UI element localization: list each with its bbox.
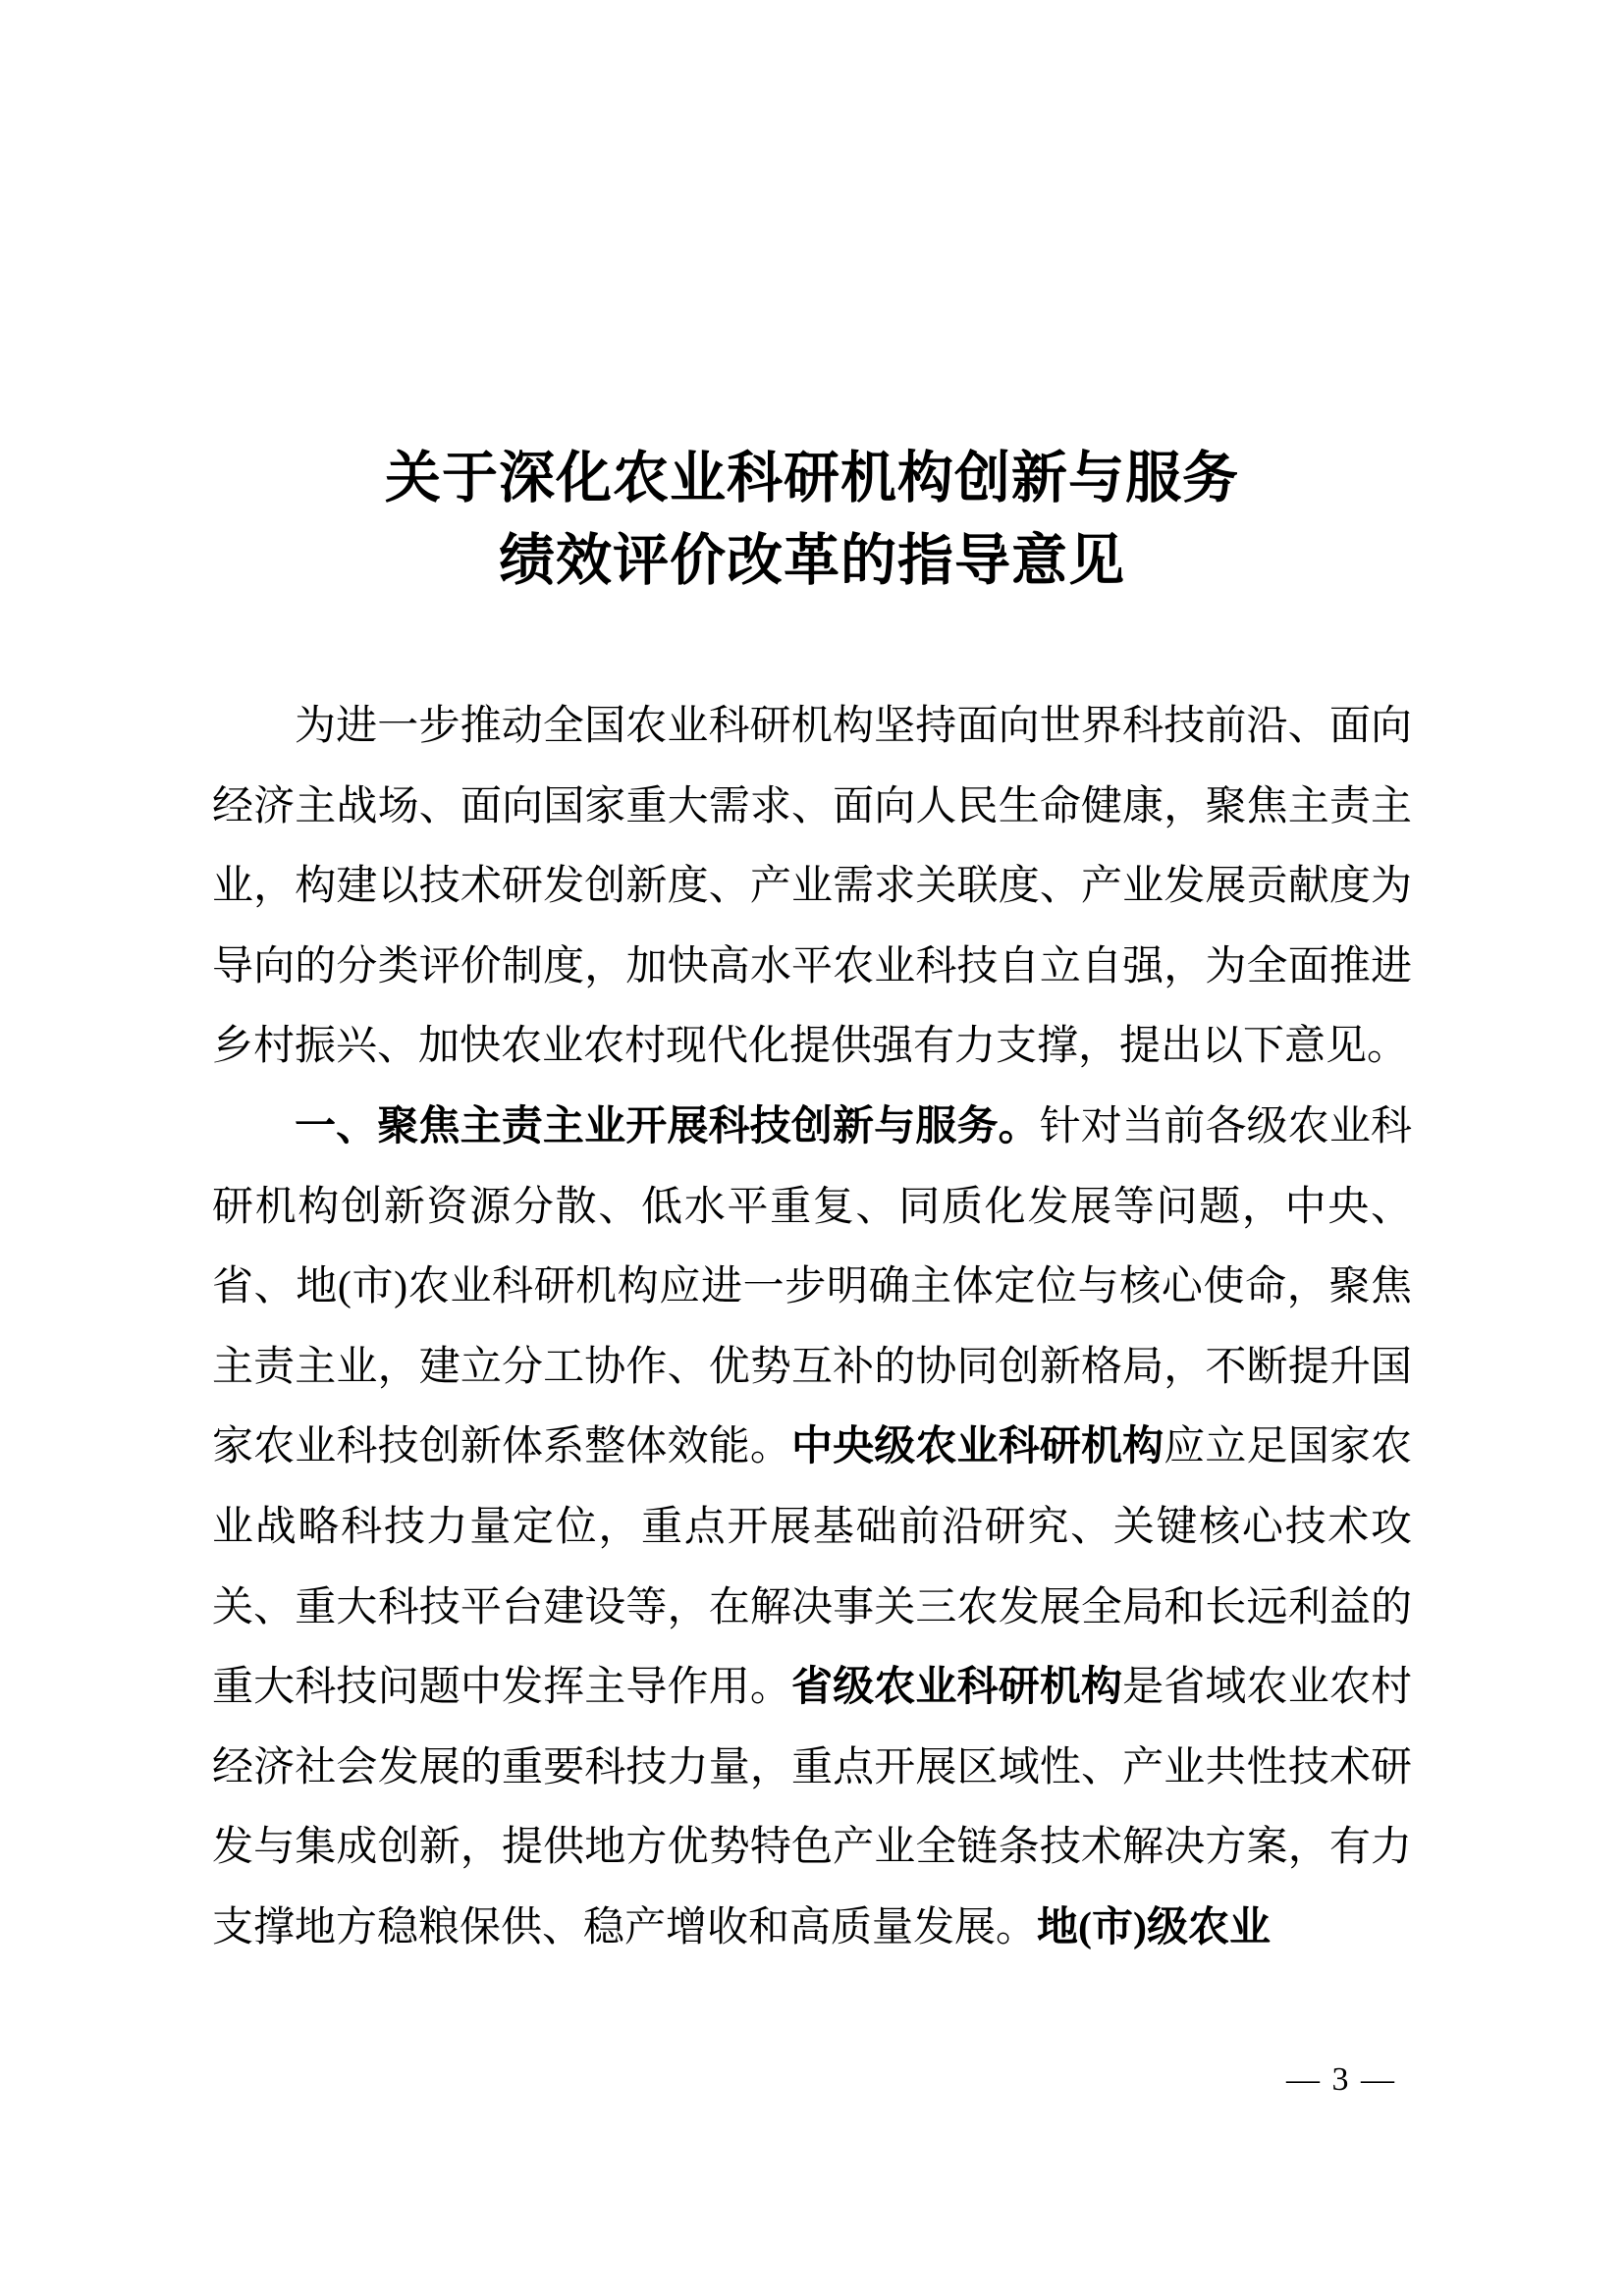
paragraph: 为进一步推动全国农业科研机构坚持面向世界科技前沿、面向经济主战场、面向国家重大需… — [212, 687, 1412, 1088]
paragraph: 一、聚焦主责主业开展科技创新与服务。针对当前各级农业科研机构创新资源分散、低水平… — [212, 1088, 1412, 1969]
emphasis-text-run: 一、聚焦主责主业开展科技创新与服务。 — [295, 1104, 1040, 1149]
emphasis-text-run: 中央级农业科研机构 — [791, 1424, 1164, 1469]
page-number: — 3 — — [1286, 2061, 1396, 2099]
title-line-1: 关于深化农业科研机构创新与服务 — [212, 438, 1412, 520]
text-run: 针对当前各级农业科研机构创新资源分散、低水平重复、同质化发展等问题，中央、省、地… — [212, 1104, 1412, 1469]
document-title: 关于深化农业科研机构创新与服务 绩效评价改革的指导意见 — [212, 438, 1412, 603]
title-line-2: 绩效评价改革的指导意见 — [212, 520, 1412, 603]
document-body: 为进一步推动全国农业科研机构坚持面向世界科技前沿、面向经济主战场、面向国家重大需… — [212, 687, 1412, 1969]
document-page: 关于深化农业科研机构创新与服务 绩效评价改革的指导意见 为进一步推动全国农业科研… — [0, 0, 1624, 2296]
text-run: 为进一步推动全国农业科研机构坚持面向世界科技前沿、面向经济主战场、面向国家重大需… — [212, 704, 1412, 1069]
emphasis-text-run: 省级农业科研机构 — [791, 1665, 1122, 1710]
emphasis-text-run: 地(市)级农业 — [1037, 1905, 1271, 1950]
